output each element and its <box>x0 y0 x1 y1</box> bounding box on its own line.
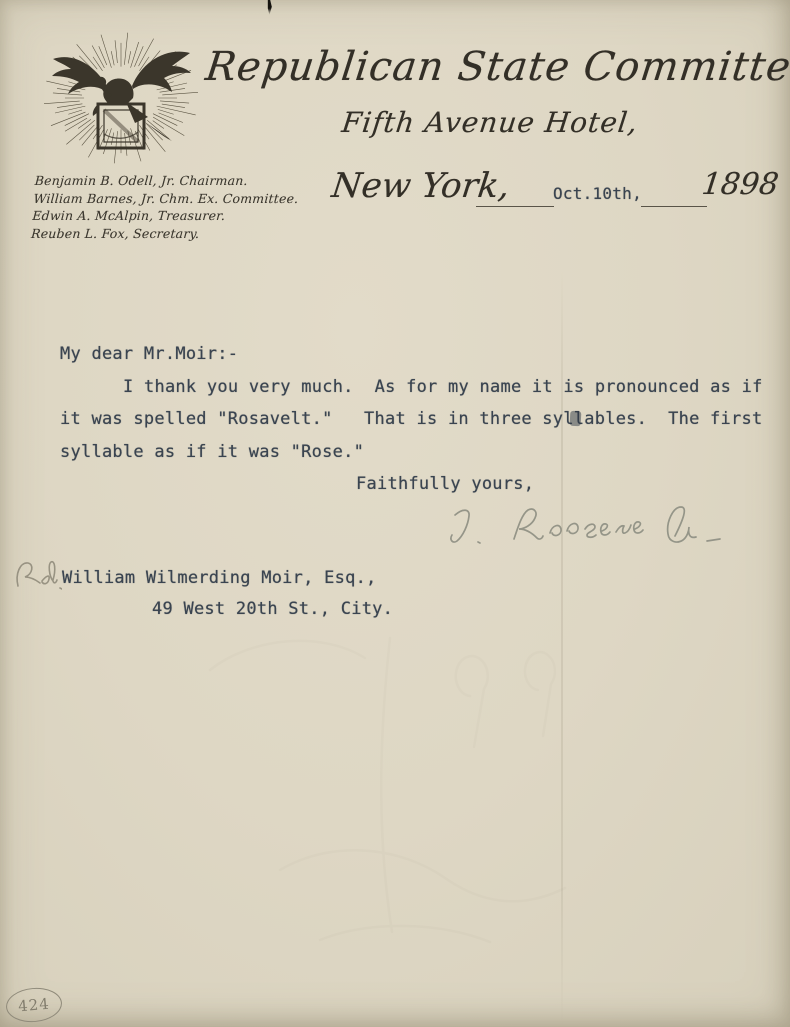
salutation: My dear Mr.Moir:- <box>60 344 238 364</box>
dateline-rule-right <box>641 206 707 207</box>
recipient-name: William Wilmerding Moir, Esq., <box>62 568 377 588</box>
eagle-sunburst-emblem-icon <box>38 24 208 172</box>
dateline-place: New York, <box>330 166 512 206</box>
body-line: I thank you very much. As for my name it… <box>123 377 763 397</box>
body-line: syllable as if it was "Rose." <box>60 442 364 462</box>
ink-blot-mark <box>265 0 273 15</box>
officer-line: Reuben L. Fox, Secretary. <box>31 225 297 243</box>
officer-line: Edwin A. McAlpin, Treasurer. <box>32 207 298 225</box>
closing-line: Faithfully yours, <box>356 474 534 494</box>
signature-handwriting <box>437 498 737 558</box>
overtype-artifact <box>570 411 582 427</box>
received-note-handwriting <box>8 550 62 598</box>
letter-page: Benjamin B. Odell, Jr. Chairman. William… <box>0 0 790 1027</box>
hotel-address-line: Fifth Avenue Hotel, <box>288 106 692 139</box>
body-line: it was spelled "Rosavelt." That is in th… <box>60 409 763 429</box>
showthrough-marks <box>140 610 660 990</box>
dateline-rule-left <box>476 206 554 207</box>
dateline-year: 1898 <box>700 167 781 202</box>
officer-line: Benjamin B. Odell, Jr. Chairman. <box>34 172 300 190</box>
officers-list: Benjamin B. Odell, Jr. Chairman. William… <box>31 172 301 242</box>
dateline-date: Oct.10th, <box>553 184 642 203</box>
organization-name: Republican State Committee, <box>203 44 790 90</box>
paper-crease <box>561 270 563 1027</box>
officer-line: William Barnes, Jr. Chm. Ex. Committee. <box>33 190 299 208</box>
page-number-circled: 424 <box>5 986 64 1025</box>
page-number: 424 <box>17 995 50 1016</box>
